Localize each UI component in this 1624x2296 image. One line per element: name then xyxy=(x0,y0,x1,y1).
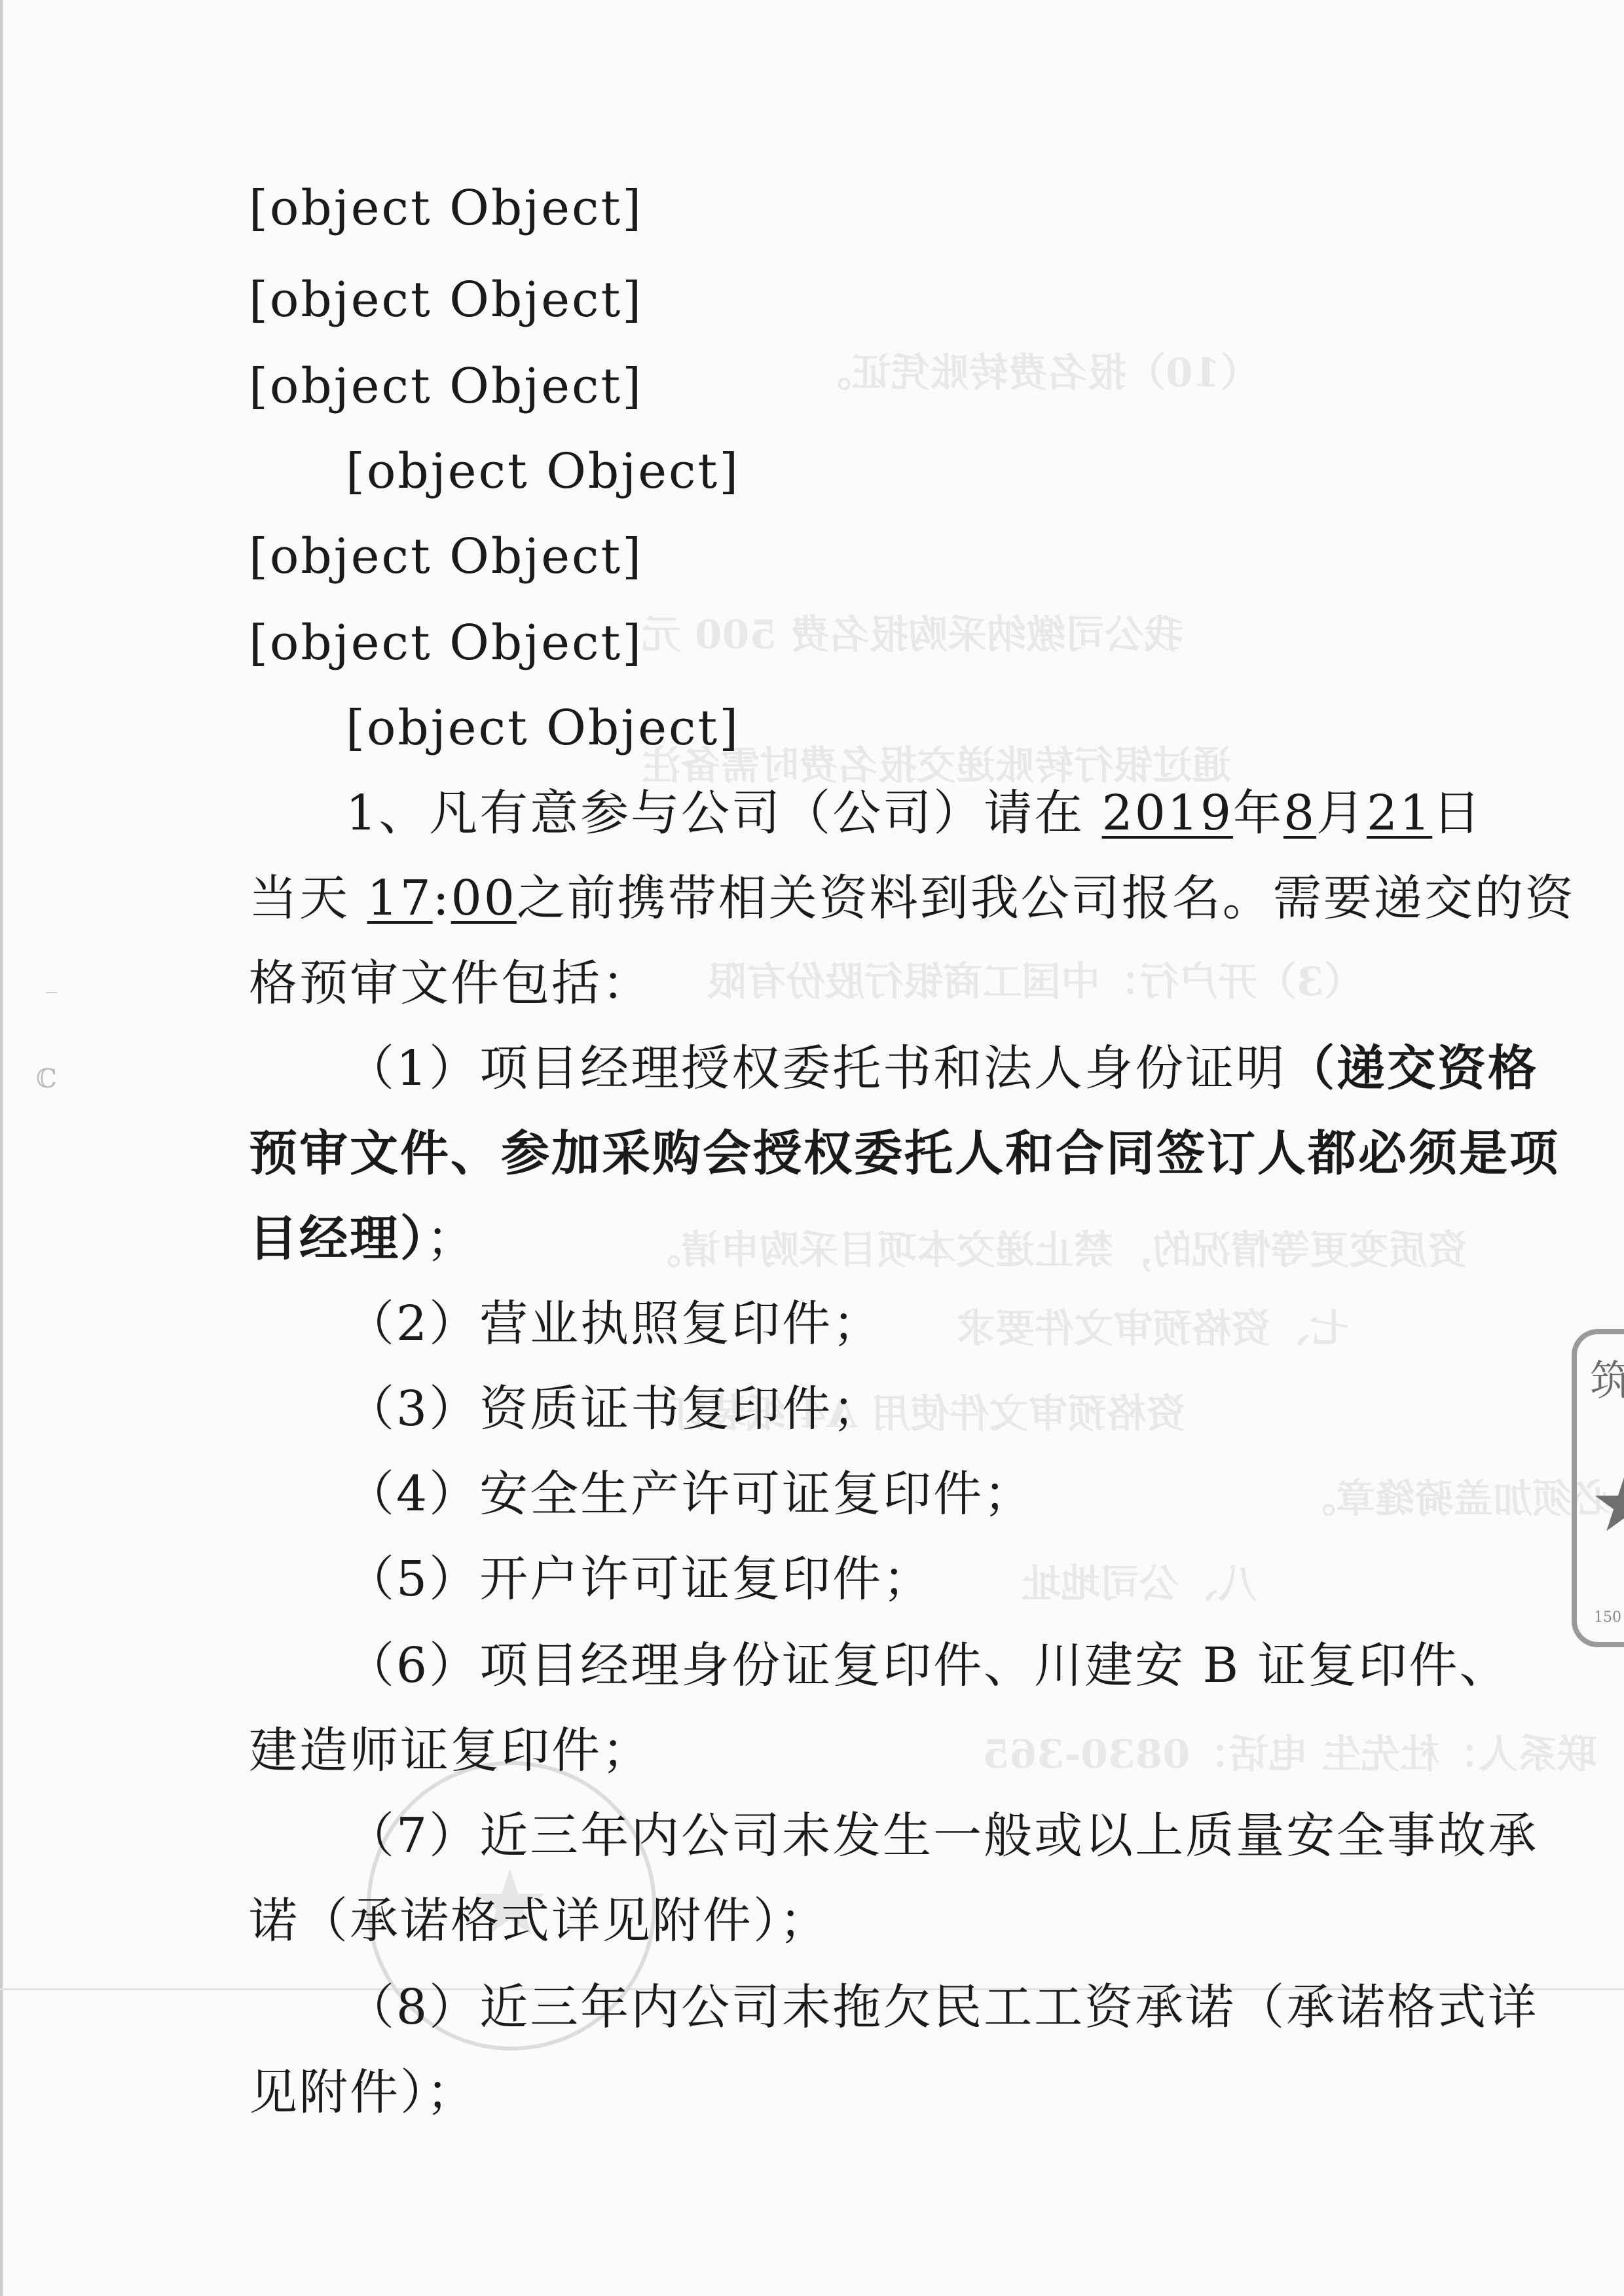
list-item-5: （5）开户许可证复印件； xyxy=(346,1546,933,1612)
paragraph-line: [object Object] xyxy=(249,267,643,333)
deadline-minute: 00 xyxy=(451,870,517,926)
item-emphasis: 目经理） xyxy=(249,1211,426,1267)
list-item-8-cont: 见附件）； xyxy=(249,2060,477,2125)
scan-page-edge xyxy=(0,0,3,2296)
item-emphasis: （递交资格 xyxy=(1286,1040,1538,1097)
list-item-7-cont: 诺（承诺格式详见附件）； xyxy=(249,1888,830,1954)
seal-star-icon: ★ xyxy=(1590,1459,1624,1550)
seal-char: 筑 xyxy=(1590,1347,1624,1408)
deadline-month: 8 xyxy=(1283,785,1316,841)
time-colon: : xyxy=(433,870,451,926)
paragraph-line: [object Object] xyxy=(249,354,643,419)
bleed-through-text: （10）报名费转账凭证。 xyxy=(812,347,1260,399)
deadline-day: 21 xyxy=(1367,785,1432,841)
section-heading: [object Object] xyxy=(346,695,740,761)
scan-mark: ℂ xyxy=(36,1064,57,1094)
list-item-4: （4）安全生产许可证复印件； xyxy=(346,1461,1034,1527)
paragraph-line: 格预审文件包括： xyxy=(249,951,652,1016)
list-item-8: （8）近三年内公司未拖欠民工工资承诺（承诺格式详 xyxy=(346,1975,1538,2040)
scan-mark: — xyxy=(46,985,58,999)
wage-commitment-line: [object Object] xyxy=(346,439,740,504)
paragraph-line: [object Object] xyxy=(249,524,643,589)
item-text: （1）项目经理授权委托书和法人身份证明 xyxy=(346,1040,1286,1097)
list-item-1-cont: 预审文件、参加采购会授权委托人和合同签订人都必须是项 xyxy=(249,1121,1560,1186)
seal-number: 150 xyxy=(1594,1609,1621,1626)
paragraph-line: [object Object] xyxy=(249,610,643,676)
list-item-1-cont: 目经理）； xyxy=(249,1206,477,1271)
paragraph-line: [object Object] xyxy=(249,175,643,241)
year-label: 年 xyxy=(1233,785,1283,841)
bleed-through-text: 我公司缴纳采购报名费 500 元 xyxy=(642,609,1183,661)
list-item-1: （1）项目经理授权委托书和法人身份证明（递交资格 xyxy=(346,1036,1538,1101)
month-label: 月 xyxy=(1316,785,1367,841)
bleed-through-text: 七、资格预审文件要求 xyxy=(956,1303,1349,1355)
list-item-2: （2）营业执照复印件； xyxy=(346,1291,883,1357)
time-prefix: 当天 xyxy=(249,870,367,926)
registration-time-line: 当天 17:00之前携带相关资料到我公司报名。需要递交的资 xyxy=(249,866,1576,931)
bleed-through-text: 资质变更等情况的，禁止递交本项目采购申请。 xyxy=(642,1224,1467,1277)
time-suffix: 之前携带相关资料到我公司报名。需要递交的资 xyxy=(517,870,1576,926)
list-item-7: （7）近三年内公司未发生一般或以上质量安全事故承 xyxy=(346,1803,1538,1868)
deadline-hour: 17 xyxy=(367,870,433,926)
item-punct: ； xyxy=(426,1211,477,1267)
day-label: 日 xyxy=(1432,785,1483,841)
list-item-6: （6）项目经理身份证复印件、川建安 B 证复印件、 xyxy=(346,1633,1510,1698)
deadline-year: 2019 xyxy=(1102,785,1233,841)
bleed-through-text: 八、公司地址 xyxy=(1022,1558,1257,1611)
registration-deadline-line: 1、凡有意参与公司（公司）请在 2019年8月21日 xyxy=(346,780,1483,846)
registration-prefix: 1、凡有意参与公司（公司）请在 xyxy=(346,785,1102,841)
list-item-6-cont: 建造师证复印件； xyxy=(249,1718,652,1783)
bleed-through-text: （3）开户行：中国工商银行股份有限 xyxy=(707,956,1363,1008)
list-item-3: （3）资质证书复印件； xyxy=(346,1376,883,1442)
edge-seal-stamp: 筑 ★ 150 xyxy=(1572,1329,1624,1647)
bleed-through-text: 联系人：杜先生 电话：0830-365 xyxy=(982,1728,1596,1781)
